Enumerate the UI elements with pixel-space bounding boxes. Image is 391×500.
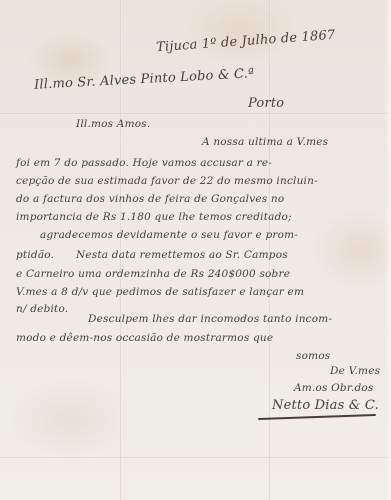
body-line: do a factura dos vinhos de feira de Gonç… [16, 193, 284, 205]
body-line: agradecemos devidamente o seu favor e pr… [40, 229, 298, 241]
body-line: foi em 7 do passado. Hoje vamos accusar … [16, 157, 272, 169]
body-line: V.mes a 8 d/v que pedimos de satisfazer … [16, 286, 304, 298]
signature-flourish [258, 414, 376, 420]
salutation: Ill.mos Amos. [76, 118, 150, 130]
fold-crease-horizontal [0, 457, 391, 459]
body-line: ptidão. [16, 249, 54, 261]
addressee-line: Ill.mo Sr. Alves Pinto Lobo & C.ª [34, 66, 255, 93]
body-line: n/ debito. [16, 303, 68, 315]
fold-crease-horizontal [0, 113, 391, 115]
closing-line: Am.os Obr.dos [294, 382, 374, 394]
body-line: modo e dêem-nos occasião de mostrarmos q… [16, 332, 273, 344]
body-line: e Carneiro uma ordemzinha de Rs 240$000 … [16, 268, 290, 280]
place-date-line: Tijuca 1º de Julho de 1867 [156, 28, 336, 55]
body-line: Desculpem lhes dar incomodos tanto incom… [88, 313, 332, 325]
body-line: importancia de Rs 1.180 que lhe temos cr… [16, 211, 292, 223]
city-line: Porto [248, 96, 284, 111]
body-line: A nossa ultima a V.mes [202, 136, 328, 148]
body-line: somos [296, 350, 330, 362]
letter-page: Tijuca 1º de Julho de 1867 Ill.mo Sr. Al… [0, 0, 391, 500]
closing-line: De V.mes [330, 365, 380, 377]
body-line: Nesta data remettemos ao Sr. Campos [76, 249, 288, 261]
signature: Netto Dias & C. [272, 398, 379, 413]
paper-edge [385, 0, 391, 500]
body-line: cepção de sua estimada favor de 22 do me… [16, 175, 318, 187]
